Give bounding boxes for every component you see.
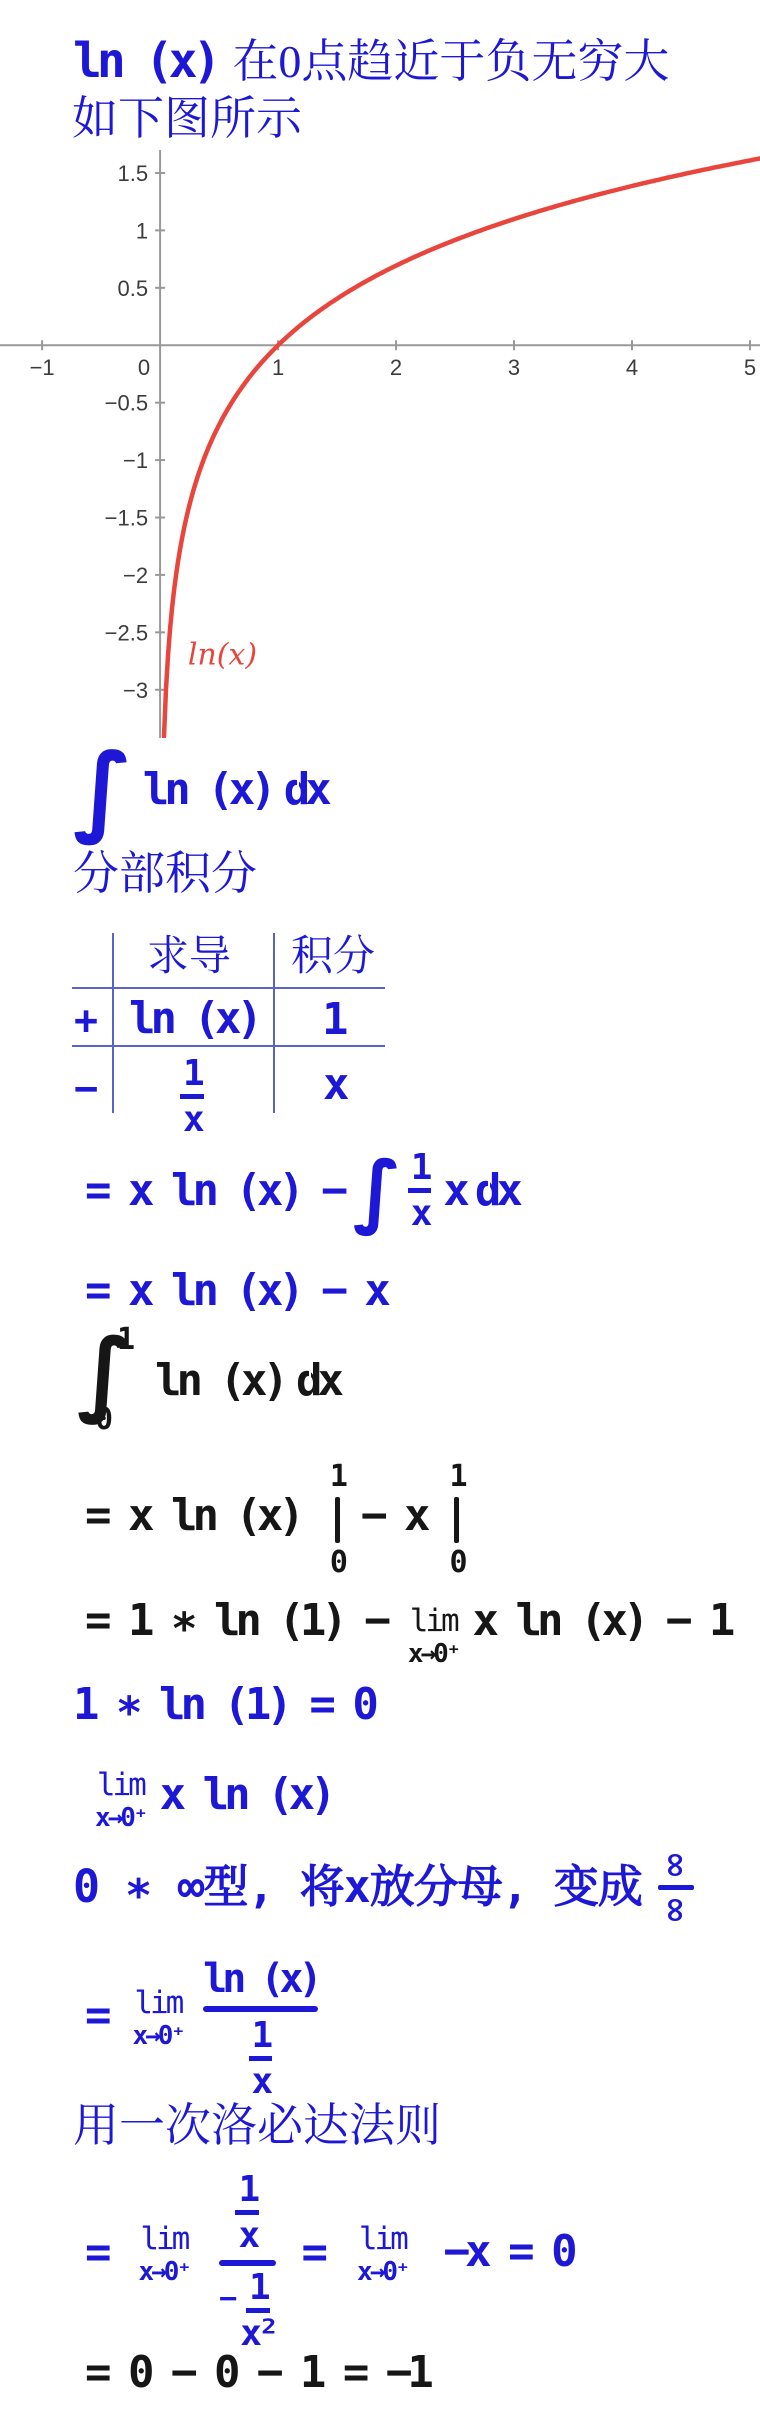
infinity-symbol: ∞ — [659, 1851, 693, 1879]
y-tick-label: −1 — [123, 448, 148, 473]
limit-block: lim x→0⁺ — [408, 1606, 459, 1667]
fraction-denominator: x — [411, 1196, 429, 1232]
lim-subscript: x→0⁺ — [133, 2023, 184, 2049]
x-tick-label: 5 — [744, 355, 756, 380]
lim-word: lim — [410, 1606, 457, 1637]
fraction-numerator: 1 — [246, 2270, 270, 2313]
evaluation-bar-1: 1 0 — [330, 1462, 345, 1578]
bar-upper-bound: 1 — [449, 1462, 464, 1492]
fraction-numerator: 1 — [180, 1056, 204, 1099]
x-tick-label: 1 — [272, 355, 284, 380]
infinity-over-infinity: ∞ ∞ — [658, 1848, 694, 1927]
equals-sign: = — [85, 1993, 107, 2039]
bar-upper-bound: 1 — [330, 1462, 345, 1492]
table-row2-sign: − — [74, 1068, 93, 1110]
differential-dx: dx — [284, 767, 327, 813]
differential-dx: dx — [296, 1358, 339, 1404]
table-row1-integral: 1 — [322, 997, 344, 1043]
equation-text: = x ln (x) — [85, 1493, 300, 1539]
lim-subscript: x→0⁺ — [357, 2259, 408, 2285]
indeterminate-form-line: 0 ∗ ∞型, 将x放分母, 变成 ∞ ∞ — [73, 1848, 694, 1927]
table-row1-derive: ln (x) — [129, 996, 258, 1042]
y-tick-label: −3 — [123, 678, 148, 703]
fraction-bar — [203, 2006, 318, 2012]
antiderivative-result-line: = x ln (x) − x — [85, 1268, 386, 1314]
limit-body: x ln (x) — [160, 1772, 332, 1818]
table-header-derive: 求导 — [147, 936, 231, 978]
x-tick-label: 0 — [138, 355, 150, 380]
equals-sign: = — [85, 2230, 107, 2276]
limit-line: lim x→0⁺ x ln (x) — [95, 1770, 332, 1831]
fraction-numerator: 1 — [249, 2018, 273, 2061]
table-hline-2 — [72, 1045, 385, 1047]
y-tick-label: 0.5 — [117, 276, 148, 301]
definite-integral-line: ∫ 1 0 ln (x) dx — [77, 1326, 339, 1436]
big-fraction: ln (x) 1 x — [203, 1958, 318, 2100]
y-tick-label: −0.5 — [105, 391, 148, 416]
table-hline-1 — [72, 987, 385, 989]
integral-sign: ∫ — [353, 1151, 402, 1231]
equation-text: = 1 ∗ ln (1) − — [85, 1598, 386, 1644]
table-vline-2 — [273, 933, 275, 1113]
limit-block: lim x→0⁺ — [133, 1988, 184, 2049]
equals-sign: = — [302, 2230, 324, 2276]
limit-block: lim x→0⁺ — [357, 2224, 408, 2285]
table-row2-integral: x — [323, 1062, 345, 1108]
lim-subscript: x→0⁺ — [139, 2259, 190, 2285]
numerator-one-over-x: 1 x — [235, 2172, 259, 2254]
vertical-bar — [335, 1497, 340, 1543]
big-fraction: 1 x − 1 x² — [219, 2172, 275, 2352]
upper-bound: 1 — [117, 1325, 132, 1355]
title-math-ln: ln (x) — [73, 36, 216, 86]
di-table: 求导 积分 + ln (x) 1 − 1 x x — [72, 930, 387, 1118]
lim-subscript: x→0⁺ — [95, 1805, 146, 1831]
one-over-x-squared: 1 x² — [240, 2270, 275, 2352]
fraction-numerator: ln (x) — [203, 1958, 318, 2000]
x-tick-label: 3 — [508, 355, 520, 380]
integral-with-bounds: ∫ 1 0 — [77, 1327, 143, 1435]
x-tick-label: 2 — [390, 355, 402, 380]
fraction-numerator: 1 — [235, 2172, 259, 2215]
times-x: x — [443, 1168, 465, 1214]
table-row2-derive-fraction: 1 x — [180, 1056, 204, 1138]
equation-tail: x ln (x) − 1 — [473, 1598, 731, 1644]
lim-word: lim — [140, 2224, 187, 2255]
page-title: ln (x) 在0点趋近于负无穷大 — [73, 36, 669, 88]
expanded-evaluation-line: = 1 ∗ ln (1) − lim x→0⁺ x ln (x) − 1 — [85, 1598, 730, 1667]
y-tick-label: −1.5 — [105, 506, 148, 531]
lower-bound: 0 — [95, 1405, 110, 1435]
lhopital-setup-line: = lim x→0⁺ ln (x) 1 x — [85, 1958, 318, 2100]
integrand-text: ln (x) — [155, 1358, 284, 1404]
y-tick-label: −2 — [123, 563, 148, 588]
limit-block: lim x→0⁺ — [139, 2224, 190, 2285]
lhopital-note-line: 用一次洛必达法则 — [73, 2101, 441, 2152]
indefinite-integral-line: ∫ ln (x) dx — [73, 731, 327, 849]
minus-x-text: − x — [361, 1493, 425, 1539]
result-text: −x = 0 — [444, 2229, 573, 2275]
limit-block: lim x→0⁺ — [95, 1770, 146, 1831]
x-tick-label: 4 — [626, 355, 638, 380]
lim-word: lim — [97, 1770, 144, 1801]
evaluation-bar-2: 1 0 — [449, 1462, 464, 1578]
lhopital-result-line: = lim x→0⁺ 1 x − 1 x² = lim x→0⁺ −x = 0 — [85, 2172, 573, 2352]
fraction-denominator: x — [252, 2064, 270, 2100]
integral-sign: ∫ — [73, 741, 133, 839]
fraction-bar — [219, 2260, 275, 2266]
equation-text: = x ln (x) − — [85, 1168, 343, 1214]
title-line-2: 如下图所示 — [72, 94, 302, 145]
evaluation-bars-line: = x ln (x) 1 0 − x 1 0 — [85, 1462, 465, 1578]
infinity-symbol: ∞ — [659, 1896, 693, 1924]
math-note-page: ln (x) 在0点趋近于负无穷大 如下图所示 −10123451.510.5−… — [0, 0, 760, 2434]
parts-expansion-line: = x ln (x) − ∫ 1 x x dx — [85, 1140, 518, 1242]
note-text: 0 ∗ ∞型, 将x放分母, 变成 — [73, 1862, 642, 1912]
fraction-denominator: x — [183, 1102, 201, 1138]
denominator-group: − 1 x² — [219, 2270, 275, 2352]
vertical-bar — [454, 1497, 459, 1543]
lim-word: lim — [359, 2224, 406, 2255]
integrand-text: ln (x) — [143, 767, 272, 813]
title-cjk-text: 在0点趋近于负无穷大 — [232, 37, 669, 88]
one-over-x-fraction: 1 x — [249, 2018, 273, 2100]
differential-dx: dx — [475, 1168, 518, 1214]
y-tick-label: 1 — [136, 218, 148, 243]
lim-word: lim — [134, 1988, 181, 2019]
ln1-zero-line: 1 ∗ ln (1) = 0 — [73, 1682, 374, 1728]
one-over-x-fraction: 1 x — [408, 1150, 432, 1232]
table-vline-1 — [112, 933, 114, 1113]
integration-by-parts-label: 分部积分 — [73, 849, 257, 900]
y-tick-label: −2.5 — [105, 620, 148, 645]
fraction-bar — [658, 1885, 694, 1890]
table-header-integrate: 积分 — [291, 936, 375, 978]
table-row1-sign: + — [74, 1000, 93, 1042]
minus-sign: − — [219, 2284, 234, 2314]
ln-graph-svg: −10123451.510.5−0.5−1−1.5−2−2.5−3ln(x) — [0, 150, 760, 738]
fraction-numerator: 1 — [408, 1150, 432, 1193]
curve-label: ln(x) — [188, 638, 257, 673]
lim-subscript: x→0⁺ — [408, 1641, 459, 1667]
bar-lower-bound: 0 — [330, 1548, 345, 1578]
x-tick-label: −1 — [30, 355, 55, 380]
bar-lower-bound: 0 — [449, 1548, 464, 1578]
fraction-denominator: x — [238, 2218, 256, 2254]
y-tick-label: 1.5 — [117, 161, 148, 186]
final-answer-line: = 0 − 0 − 1 = −1 — [85, 2350, 429, 2396]
